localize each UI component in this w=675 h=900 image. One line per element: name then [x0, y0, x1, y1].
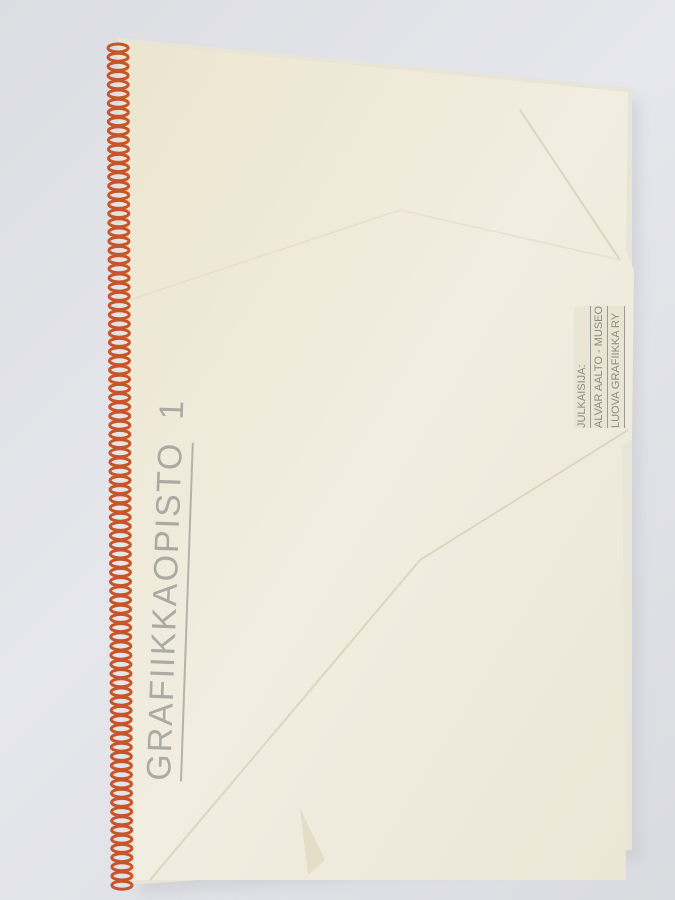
photo-scene: GRAFIIKKAOPISTO1 JULKAISIJA: ALVAR AALTO… — [0, 0, 675, 900]
booklet-illustration — [0, 0, 675, 900]
cover-page — [120, 42, 634, 880]
publisher-label: JULKAISIJA: ALVAR AALTO - MUSEO LUOVA GR… — [574, 306, 625, 428]
publisher-line-2: ALVAR AALTO - MUSEO — [591, 306, 608, 428]
cover-number: 1 — [153, 398, 192, 420]
publisher-line-1: JULKAISIJA: — [574, 306, 591, 428]
publisher-line-3: LUOVA GRAFIIKKA RY — [608, 306, 625, 428]
